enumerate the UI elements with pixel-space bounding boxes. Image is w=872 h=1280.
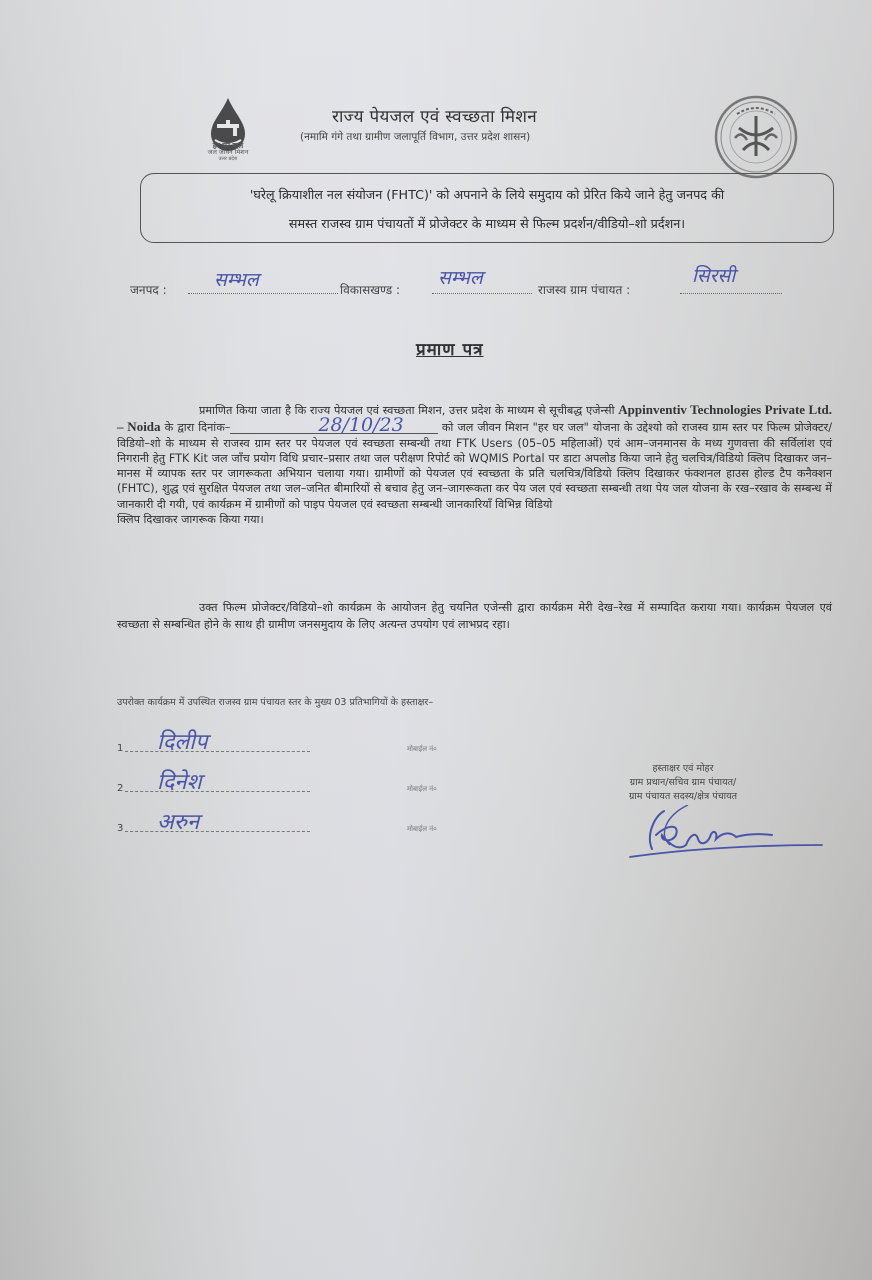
panchayat-value[interactable]: सिरसी <box>692 262 735 288</box>
signature-line <box>125 751 310 752</box>
program-banner: 'घरेलू क्रियाशील नल संयोजन (FHTC)' को अप… <box>140 173 834 243</box>
certificate-body: प्रमाणित किया जाता है कि राज्य पेयजल एवं… <box>117 402 832 527</box>
panchayat-field-line <box>680 292 782 294</box>
up-government-seal-icon <box>713 94 799 180</box>
mobile-number-label: मोबाईल नं० <box>407 785 437 794</box>
body-paragraph-1: प्रमाणित किया जाता है कि राज्य पेयजल एवं… <box>117 402 832 512</box>
location-fields: जनपद : सम्भल विकासखण्ड : सम्भल राजस्व ग्… <box>130 270 830 304</box>
block-field-line <box>432 292 532 294</box>
participant-signature-row: 1 दिलीप मोबाईल नं० <box>117 728 437 758</box>
block-value[interactable]: सम्भल <box>438 264 483 290</box>
participant-number: 1 <box>117 743 123 754</box>
authority-line: ग्राम प्रधान/सचिव ग्राम पंचायत/ <box>588 776 778 790</box>
authority-signature-icon[interactable] <box>626 805 826 860</box>
logo-caption-line: उत्तर प्रदेश <box>188 156 268 163</box>
panchayat-label: राजस्व ग्राम पंचायत : <box>538 281 630 298</box>
certificate-title: प्रमाण पत्र <box>416 337 484 360</box>
signature-line <box>125 791 310 792</box>
participant-signature[interactable]: दिनेश <box>157 766 202 796</box>
body-text-segment: प्रमाणित किया जाता है कि राज्य पेयजल एवं… <box>199 404 618 417</box>
participant-number: 3 <box>117 823 123 834</box>
mobile-number-label: मोबाईल नं० <box>407 745 437 754</box>
logo-caption-line: जल जीवन मिशन <box>188 149 268 156</box>
signature-line <box>125 831 310 832</box>
participant-number: 2 <box>117 783 123 794</box>
body-paragraph-2: उक्त फिल्म प्रोजेक्टर/विडियो–शो कार्यक्र… <box>117 599 832 633</box>
mission-title: राज्य पेयजल एवं स्वच्छता मिशन <box>332 104 537 127</box>
body-text-segment: के द्वारा दिनांक– <box>161 421 231 434</box>
banner-line-1: 'घरेलू क्रियाशील नल संयोजन (FHTC)' को अप… <box>141 180 833 209</box>
banner-line-2: समस्त राजस्व ग्राम पंचायतों में प्रोजेक्… <box>141 209 833 238</box>
participant-signature-row: 2 दिनेश मोबाईल नं० <box>117 768 437 798</box>
participant-signature-row: 3 अरुन मोबाईल नं० <box>117 808 437 838</box>
body-paragraph-2-text: उक्त फिल्म प्रोजेक्टर/विडियो–शो कार्यक्र… <box>117 599 832 633</box>
participant-signature[interactable]: अरुन <box>157 806 199 836</box>
body-paragraph-1-end: क्लिप दिखाकर जागरूक किया गया। <box>117 512 832 527</box>
district-value[interactable]: सम्भल <box>214 266 259 292</box>
mobile-number-label: मोबाईल नं० <box>407 825 437 834</box>
body-text-segment: को जल जीवन मिशन "हर घर जल" योजना के उद्द… <box>117 421 832 510</box>
mission-subtitle: (नमामि गंगे तथा ग्रामीण जलापूर्ति विभाग,… <box>300 130 530 144</box>
authority-line: हस्ताक्षर एवं मोहर <box>588 762 778 776</box>
participant-signature[interactable]: दिलीप <box>157 726 208 756</box>
district-label: जनपद : <box>130 281 167 298</box>
program-date[interactable]: 28/10/23 <box>230 418 437 434</box>
block-label: विकासखण्ड : <box>340 281 400 298</box>
participants-signature-intro: उपरोक्त कार्यक्रम में उपस्थित राजस्व ग्र… <box>117 697 497 709</box>
logo-caption: हर घर जल जल जीवन मिशन उत्तर प्रदेश <box>188 142 268 163</box>
district-field-line <box>188 292 338 294</box>
authority-signature-block: हस्ताक्षर एवं मोहर ग्राम प्रधान/सचिव ग्र… <box>588 762 778 804</box>
authority-line: ग्राम पंचायत सदस्य/क्षेत्र पंचायत <box>588 790 778 804</box>
